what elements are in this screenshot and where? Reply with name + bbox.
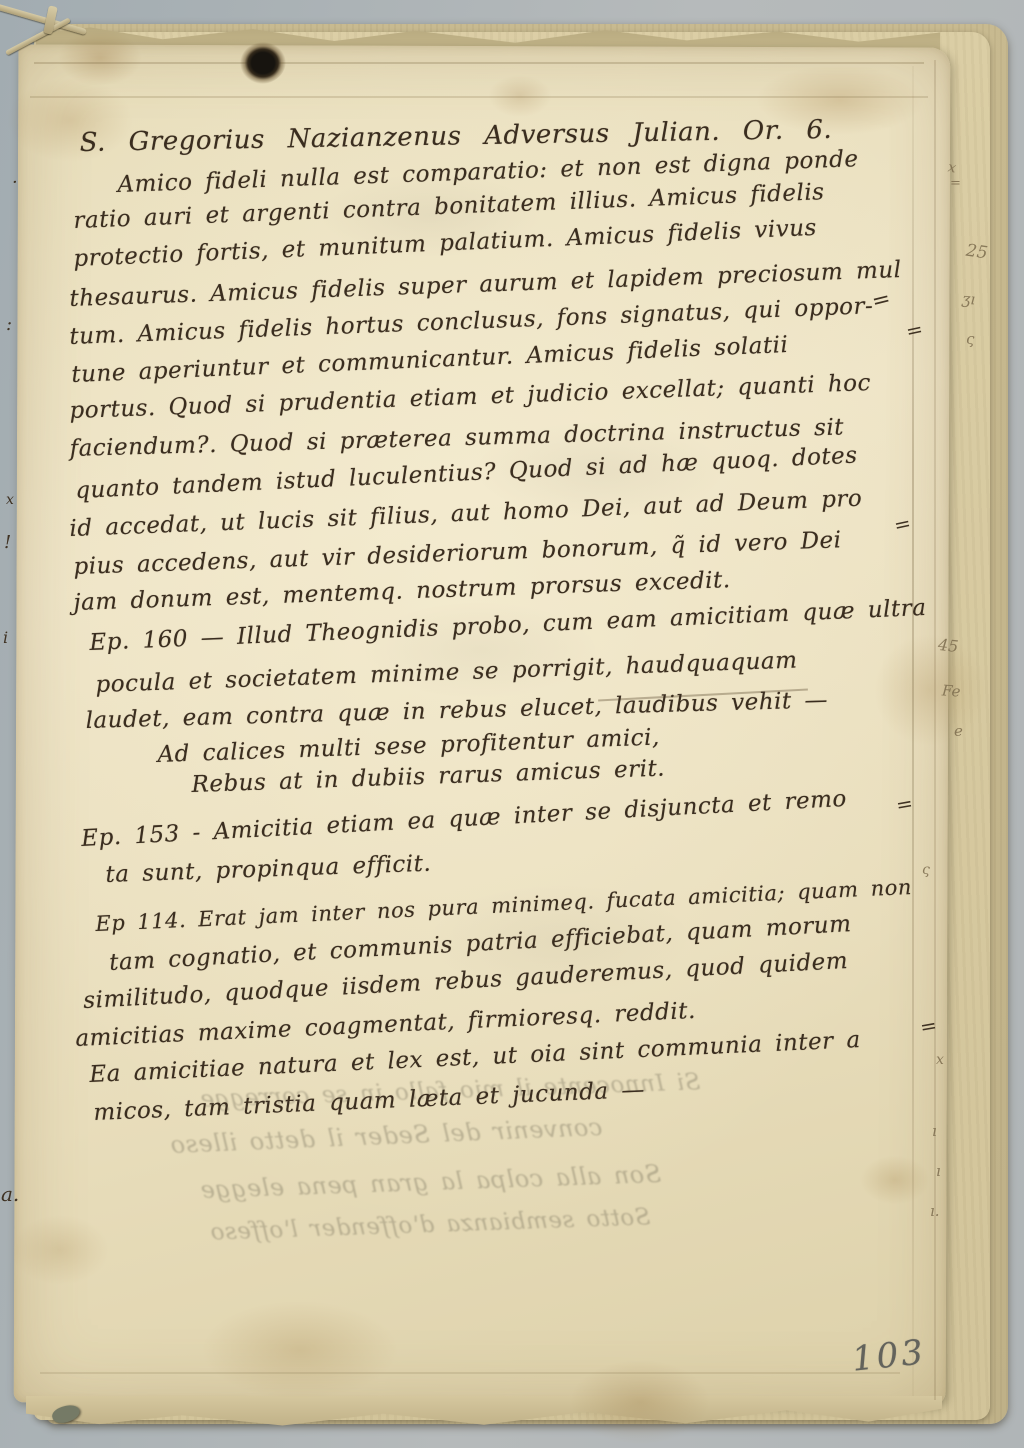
- edge-mark: 25: [965, 241, 989, 264]
- margin-mark: x: [6, 492, 14, 508]
- edge-mark: =: [950, 176, 961, 191]
- edge-mark: ı.: [930, 1202, 940, 1220]
- margin-mark: !: [4, 532, 11, 553]
- edge-mark: x: [936, 1052, 944, 1068]
- edge-mark: ς: [966, 330, 974, 348]
- edge-mark: ʒı: [961, 290, 975, 309]
- margin-mark: ·: [12, 172, 18, 193]
- margin-mark: :: [6, 314, 12, 335]
- edge-mark: ı: [936, 1162, 941, 1180]
- edge-mark: Fe: [941, 681, 961, 700]
- edge-mark: ı: [932, 1122, 937, 1140]
- page-number: 103: [850, 1332, 928, 1380]
- margin-mark: a.: [1, 1182, 19, 1206]
- margin-mark: i: [3, 628, 8, 647]
- edge-mark: 45: [937, 635, 959, 656]
- edge-mark: ς: [922, 862, 930, 878]
- manuscript-scan: Si Innocente il mio fallo in se corregge…: [0, 0, 1024, 1448]
- edge-mark: e: [954, 722, 963, 740]
